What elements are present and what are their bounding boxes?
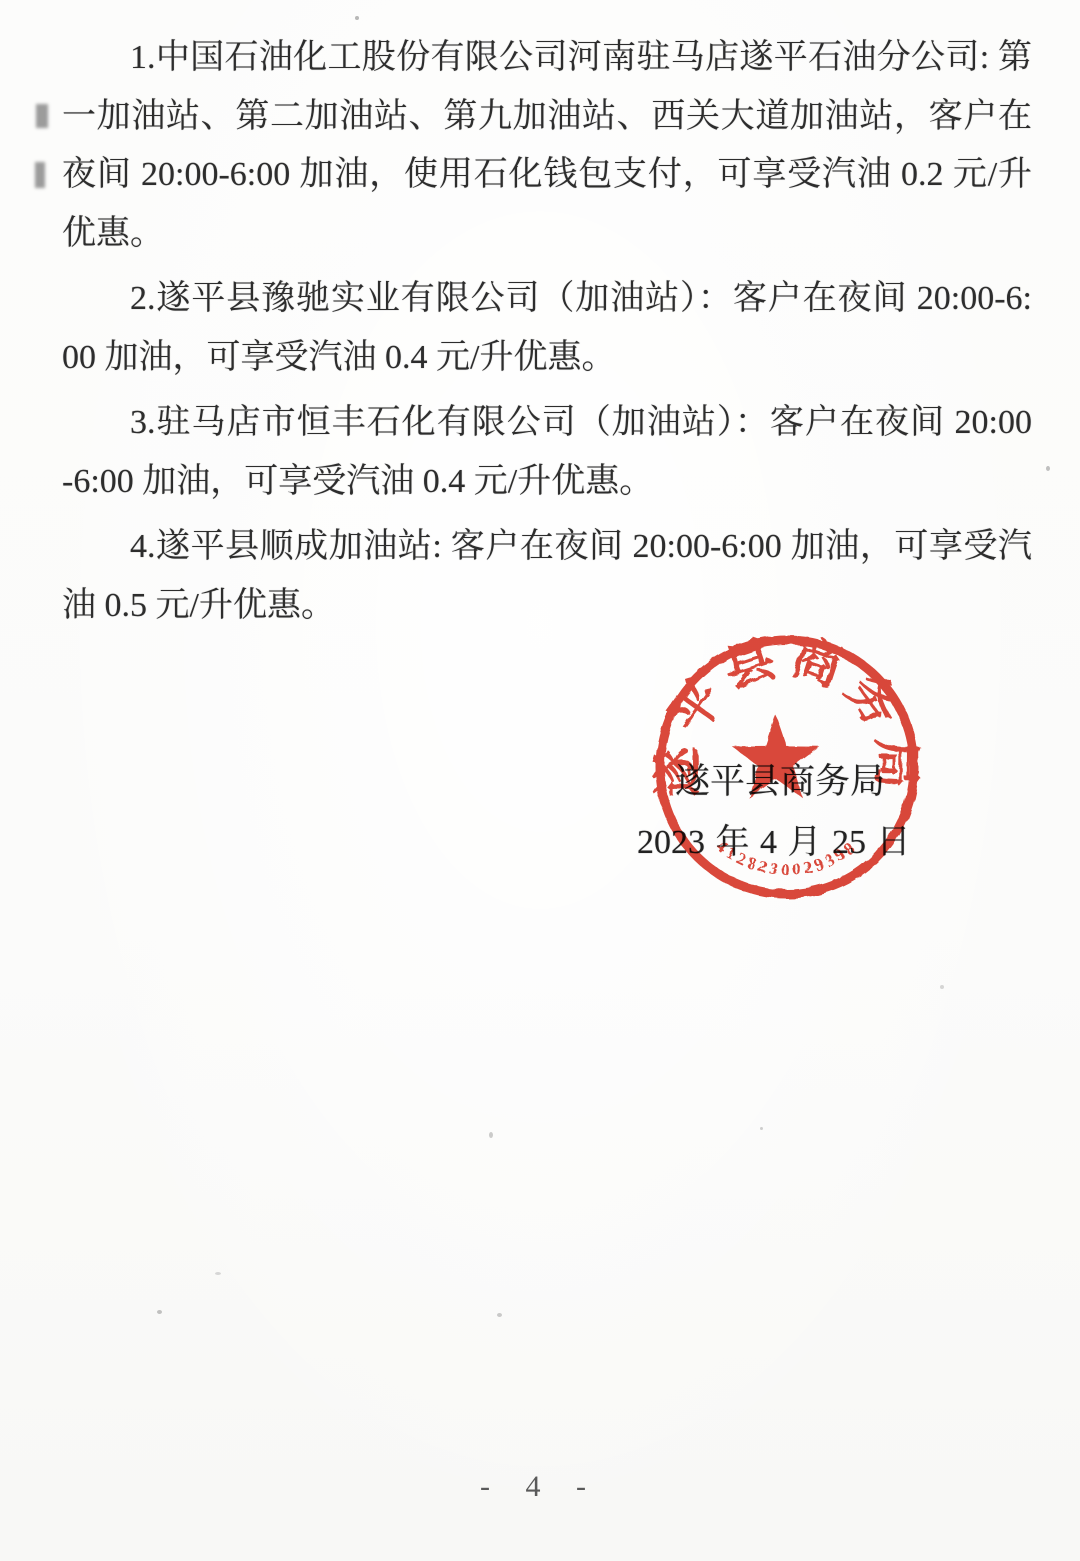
scan-speck	[355, 16, 359, 20]
scan-speck	[489, 1132, 493, 1138]
body-line: 2.遂平县豫驰实业有限公司（加油站）：客户在夜间 20:00-6:	[62, 270, 1032, 329]
body-line: 优惠。	[62, 205, 1032, 264]
scanned-document-page: 1.中国石油化工股份有限公司河南驻马店遂平石油分公司: 第一加油站、第二加油站、…	[0, 0, 1080, 1561]
scan-smudge	[36, 104, 48, 128]
issue-date: 2023 年 4 月 25 日	[637, 814, 911, 863]
document-body: 1.中国石油化工股份有限公司河南驻马店遂平石油分公司: 第一加油站、第二加油站、…	[62, 29, 1032, 642]
scan-speck	[215, 1272, 221, 1275]
body-line: 00 加油，可享受汽油 0.4 元/升优惠。	[62, 329, 1032, 388]
body-line: -6:00 加油，可享受汽油 0.4 元/升优惠。	[62, 453, 1032, 512]
issuing-authority-name: 遂平县商务局	[675, 754, 885, 804]
scan-speck	[1046, 466, 1050, 471]
body-line: 夜间 20:00-6:00 加油，使用石化钱包支付，可享受汽油 0.2 元/升	[62, 146, 1032, 205]
scan-smudge	[35, 162, 45, 188]
body-line: 3.驻马店市恒丰石化有限公司（加油站）：客户在夜间 20:00	[62, 394, 1032, 453]
page-number: - 4 -	[0, 1470, 1080, 1504]
scan-speck	[157, 1310, 162, 1314]
paragraph: 2.遂平县豫驰实业有限公司（加油站）：客户在夜间 20:00-6:00 加油，可…	[62, 270, 1032, 387]
body-line: 1.中国石油化工股份有限公司河南驻马店遂平石油分公司: 第	[62, 29, 1032, 88]
body-line: 油 0.5 元/升优惠。	[62, 577, 1032, 636]
paragraph: 3.驻马店市恒丰石化有限公司（加油站）：客户在夜间 20:00-6:00 加油，…	[62, 394, 1032, 511]
paragraph: 4.遂平县顺成加油站: 客户在夜间 20:00-6:00 加油，可享受汽油 0.…	[62, 518, 1032, 635]
body-line: 一加油站、第二加油站、第九加油站、西关大道加油站，客户在	[62, 88, 1032, 147]
paragraph: 1.中国石油化工股份有限公司河南驻马店遂平石油分公司: 第一加油站、第二加油站、…	[62, 29, 1032, 263]
body-line: 4.遂平县顺成加油站: 客户在夜间 20:00-6:00 加油，可享受汽	[62, 518, 1032, 577]
scan-speck	[940, 985, 944, 989]
scan-speck	[497, 1313, 502, 1317]
scan-speck	[760, 1127, 763, 1130]
